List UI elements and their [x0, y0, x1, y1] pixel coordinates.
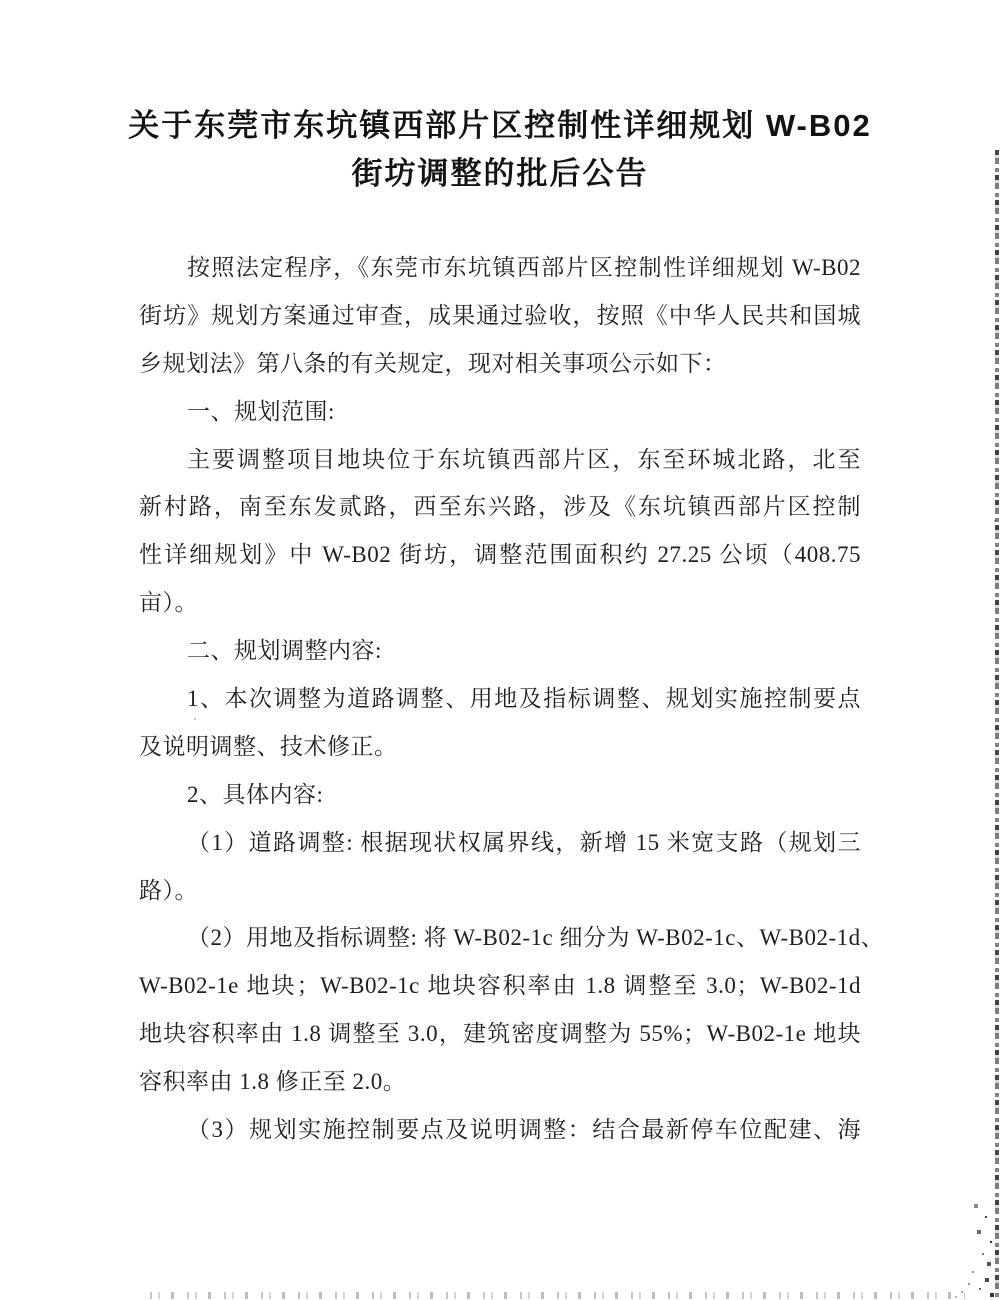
body-line: 一、规划范围:: [139, 388, 861, 436]
body-line: 性详细规划》中 W-B02 街坊，调整范围面积约 27.25 公顷（408.75: [139, 531, 861, 579]
document-body: 按照法定程序，《东莞市东坑镇西部片区控制性详细规划 W-B02街坊》规划方案通过…: [139, 244, 861, 1154]
scan-edge-artifact: [995, 150, 999, 1300]
body-line: （2）用地及指标调整: 将 W-B02-1c 细分为 W-B02-1c、W-B0…: [139, 914, 861, 962]
body-line: 街坊》规划方案通过审查，成果通过验收，按照《中华人民共和国城: [139, 292, 861, 340]
body-line: 主要调整项目地块位于东坑镇西部片区，东至环城北路，北至: [139, 436, 861, 484]
body-line: （1）道路调整: 根据现状权属界线，新增 15 米宽支路（规划三: [139, 819, 861, 867]
body-line: 新村路，南至东发贰路，西至东兴路，涉及《东坑镇西部片区控制: [139, 483, 861, 531]
body-line: 按照法定程序，《东莞市东坑镇西部片区控制性详细规划 W-B02: [139, 244, 861, 292]
title-line-2: 街坊调整的批后公告: [0, 150, 1000, 198]
scan-noise-dots: [0, 0, 2, 2]
body-line: 乡规划法》第八条的有关规定，现对相关事项公示如下：: [139, 340, 861, 388]
body-line: 路）。: [139, 867, 861, 915]
clipped-next-line-artifact: [150, 1292, 965, 1299]
document-page: 关于东莞市东坑镇西部片区控制性详细规划 W-B02 街坊调整的批后公告 按照法定…: [0, 0, 1000, 1300]
body-line: 2、具体内容:: [139, 771, 861, 819]
document-title: 关于东莞市东坑镇西部片区控制性详细规划 W-B02 街坊调整的批后公告: [0, 102, 1000, 198]
body-line: 容积率由 1.8 修正至 2.0。: [139, 1058, 861, 1106]
body-line: 及说明调整、技术修正。: [139, 723, 861, 771]
title-line-1: 关于东莞市东坑镇西部片区控制性详细规划 W-B02: [0, 102, 1000, 150]
body-line: 地块容积率由 1.8 调整至 3.0，建筑密度调整为 55%；W-B02-1e …: [139, 1010, 861, 1058]
body-line: 亩）。: [139, 579, 861, 627]
body-line: 二、规划调整内容:: [139, 627, 861, 675]
body-line: （3）规划实施控制要点及说明调整：结合最新停车位配建、海: [139, 1106, 861, 1154]
body-line: 1、本次调整为道路调整、用地及指标调整、规划实施控制要点: [139, 675, 861, 723]
body-line: W-B02-1e 地块；W-B02-1c 地块容积率由 1.8 调整至 3.0；…: [139, 962, 861, 1010]
